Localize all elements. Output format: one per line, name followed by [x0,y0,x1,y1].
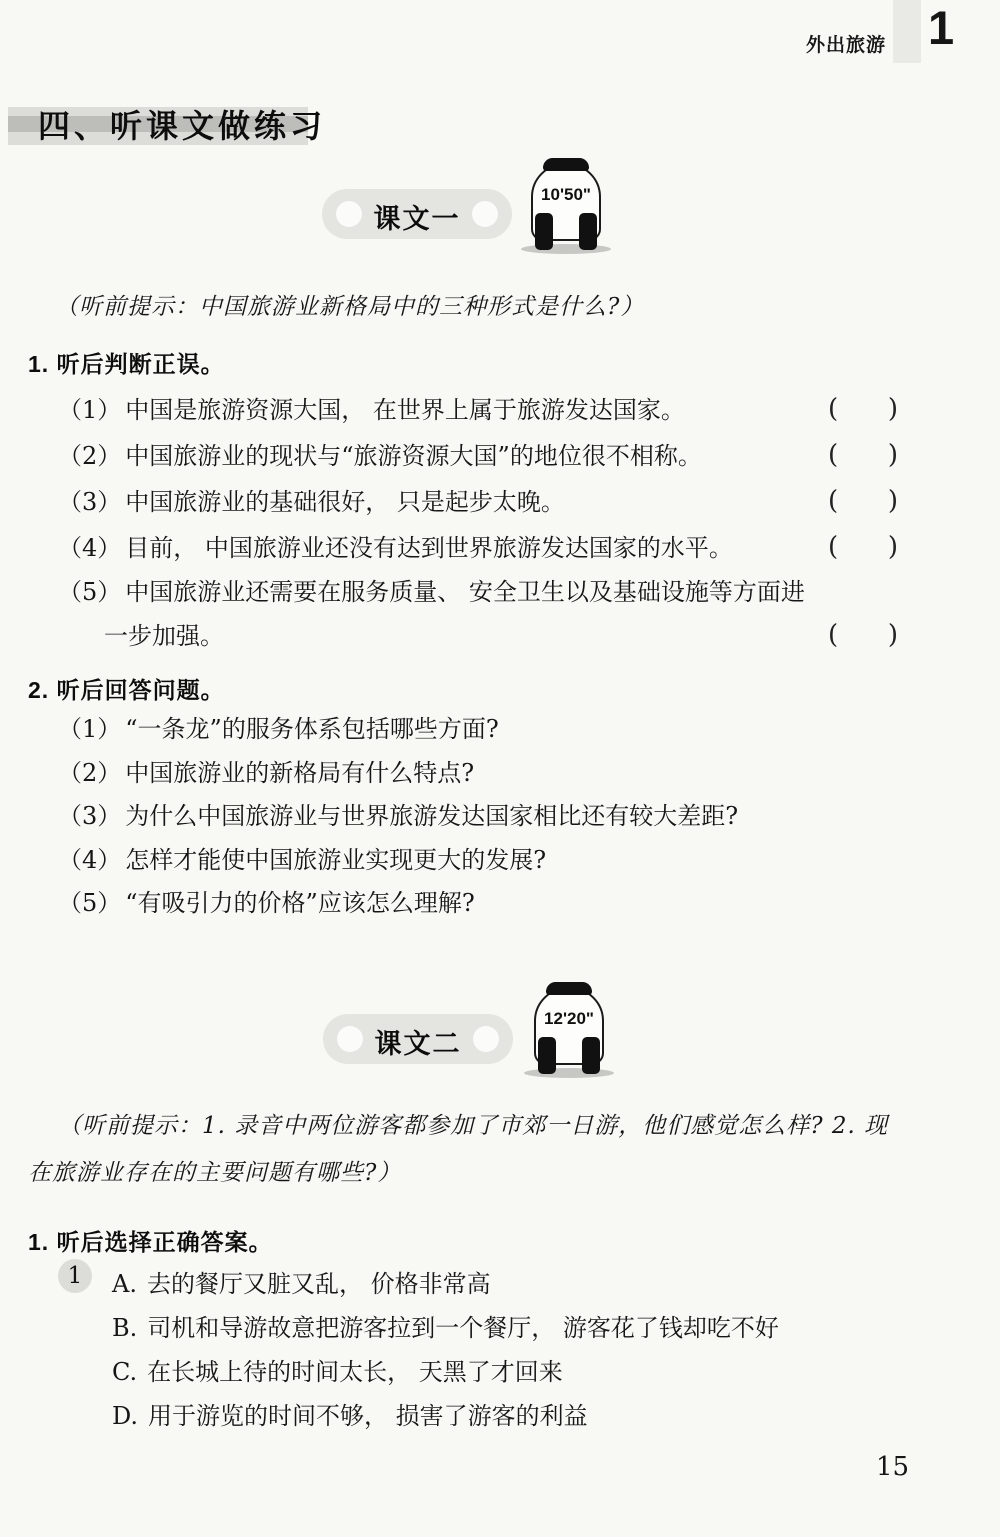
judge-item-text: （1）中国是旅游资源大国， 在世界上属于旅游发达国家。 [58,388,828,432]
judge-item-line2: 一步加强。 [58,614,828,658]
option-text: 在长城上待的时间太长， 天黑了才回来 [147,1358,563,1386]
audio-duration: 10'50" [528,185,604,205]
judge-item-line1: 中国旅游业的现状与“旅游资源大国”的地位很不相称。 [125,442,702,470]
question-text: “一条龙”的服务体系包括哪些方面? [125,715,498,743]
lesson1-pill-label: 课文一 [322,197,512,236]
unit-number: 1 [928,0,954,55]
paren-open: ( [828,524,838,570]
question-row: （3）为什么中国旅游业与世界旅游发达国家相比还有较大差距? [58,795,738,839]
question-number: （4） [58,846,121,874]
lesson2-hint-line2: 在旅游业存在的主要问题有哪些?） [28,1150,928,1197]
paren-open: ( [828,386,838,432]
judge-row: （1）中国是旅游资源大国， 在世界上属于旅游发达国家。 ( ) [58,386,898,432]
question-row: （2）中国旅游业的新格局有什么特点? [58,752,738,796]
option-row: C.在长城上待的时间太长， 天黑了才回来 [112,1350,779,1394]
option-label: D. [112,1402,138,1430]
paren-close: ) [888,524,898,570]
answer-parentheses: ( ) [828,612,898,658]
paren-open: ( [828,432,838,478]
headphones-earcup-left [535,213,553,250]
task1-title: 1. 听后判断正误。 [28,346,225,379]
judge-item-text: （5）中国旅游业还需要在服务质量、 安全卫生以及基础设施等方面进 一步加强。 [58,570,828,658]
judge-row: （3）中国旅游业的基础很好， 只是起步太晚。 ( ) [58,478,898,524]
question-number: （2） [58,759,121,787]
judge-item-number: （2） [58,442,121,470]
option-row: B.司机和导游故意把游客拉到一个餐厅， 游客花了钱却吃不好 [112,1306,779,1350]
option-label: A. [112,1270,137,1298]
paren-close: ) [888,432,898,478]
judge-item-text: （2）中国旅游业的现状与“旅游资源大国”的地位很不相称。 [58,434,828,478]
headphones-band [546,982,592,995]
choice-task-title: 1. 听后选择正确答案。 [28,1224,273,1257]
lesson2-hint-line1: （听前提示：1. 录音中两位游客都参加了市郊一日游，他们感觉怎么样? 2. 现 [28,1103,928,1150]
headphones-icon: 12'20" [531,982,607,1078]
textbook-page: 外出旅游 1 四、听课文做练习 课文一 10'50" （听前提示：中国旅游业新格… [0,0,1000,1537]
question-text: 中国旅游业的新格局有什么特点? [125,759,474,787]
question-list: （1）“一条龙”的服务体系包括哪些方面? （2）中国旅游业的新格局有什么特点? … [58,708,738,926]
judge-row: （4）目前， 中国旅游业还没有达到世界旅游发达国家的水平。 ( ) [58,524,898,570]
page-number: 15 [876,1452,909,1482]
option-label: B. [112,1314,137,1342]
judge-row: （5）中国旅游业还需要在服务质量、 安全卫生以及基础设施等方面进 一步加强。 (… [58,570,898,658]
section-title: 四、听课文做练习 [38,101,326,147]
headphones-earcup-right [579,213,597,250]
question-text: 怎样才能使中国旅游业实现更大的发展? [125,846,546,874]
answer-parentheses: ( ) [828,386,898,432]
question-number: （3） [58,802,121,830]
judge-row: （2）中国旅游业的现状与“旅游资源大国”的地位很不相称。 ( ) [58,432,898,478]
answer-parentheses: ( ) [828,478,898,524]
judge-item-number: （5） [58,578,121,606]
headphones-earcup-left [538,1037,556,1074]
question-number: （5） [58,889,121,917]
paren-open: ( [828,478,838,524]
judge-item-line1: 中国是旅游资源大国， 在世界上属于旅游发达国家。 [125,396,685,424]
paren-close: ) [888,386,898,432]
answer-parentheses: ( ) [828,524,898,570]
lesson1-pill: 课文一 [322,189,512,239]
judge-item-text: （4）目前， 中国旅游业还没有达到世界旅游发达国家的水平。 [58,526,828,570]
judge-item-line1: 中国旅游业还需要在服务质量、 安全卫生以及基础设施等方面进 [125,578,805,606]
unit-label: 外出旅游 [806,30,886,57]
paren-close: ) [888,478,898,524]
options-list: A.去的餐厅又脏又乱， 价格非常高 B.司机和导游故意把游客拉到一个餐厅， 游客… [112,1262,779,1438]
question-row: （5）“有吸引力的价格”应该怎么理解? [58,882,738,926]
question-number-badge: 1 [58,1259,92,1293]
headphones-band [543,158,589,171]
judge-item-number: （4） [58,534,121,562]
question-text: 为什么中国旅游业与世界旅游发达国家相比还有较大差距? [125,802,738,830]
option-text: 司机和导游故意把游客拉到一个餐厅， 游客花了钱却吃不好 [147,1314,779,1342]
lesson2-pill-label: 课文二 [323,1022,513,1061]
judge-item-text: （3）中国旅游业的基础很好， 只是起步太晚。 [58,480,828,524]
lesson1-hint: （听前提示：中国旅游业新格局中的三种形式是什么?） [55,288,644,321]
judge-item-number: （3） [58,488,121,516]
question-row: （4）怎样才能使中国旅游业实现更大的发展? [58,839,738,883]
paren-close: ) [888,612,898,658]
judge-item-number: （1） [58,396,121,424]
unit-tab-band [893,0,921,63]
answer-parentheses: ( ) [828,432,898,478]
headphones-earcup-right [582,1037,600,1074]
judge-list: （1）中国是旅游资源大国， 在世界上属于旅游发达国家。 ( ) （2）中国旅游业… [58,386,898,658]
judge-item-line1: 目前， 中国旅游业还没有达到世界旅游发达国家的水平。 [125,534,733,562]
paren-open: ( [828,612,838,658]
lesson2-hint: （听前提示：1. 录音中两位游客都参加了市郊一日游，他们感觉怎么样? 2. 现 … [28,1103,928,1197]
option-row: D.用于游览的时间不够， 损害了游客的利益 [112,1394,779,1438]
question-row: （1）“一条龙”的服务体系包括哪些方面? [58,708,738,752]
task2-title: 2. 听后回答问题。 [28,672,225,705]
headphones-icon: 10'50" [528,158,604,254]
option-text: 用于游览的时间不够， 损害了游客的利益 [148,1402,588,1430]
option-row: A.去的餐厅又脏又乱， 价格非常高 [112,1262,779,1306]
audio-duration: 12'20" [531,1009,607,1029]
option-label: C. [112,1358,137,1386]
option-text: 去的餐厅又脏又乱， 价格非常高 [147,1270,491,1298]
judge-item-line1: 中国旅游业的基础很好， 只是起步太晚。 [125,488,565,516]
question-text: “有吸引力的价格”应该怎么理解? [125,889,474,917]
lesson2-pill: 课文二 [323,1014,513,1064]
question-number: （1） [58,715,121,743]
